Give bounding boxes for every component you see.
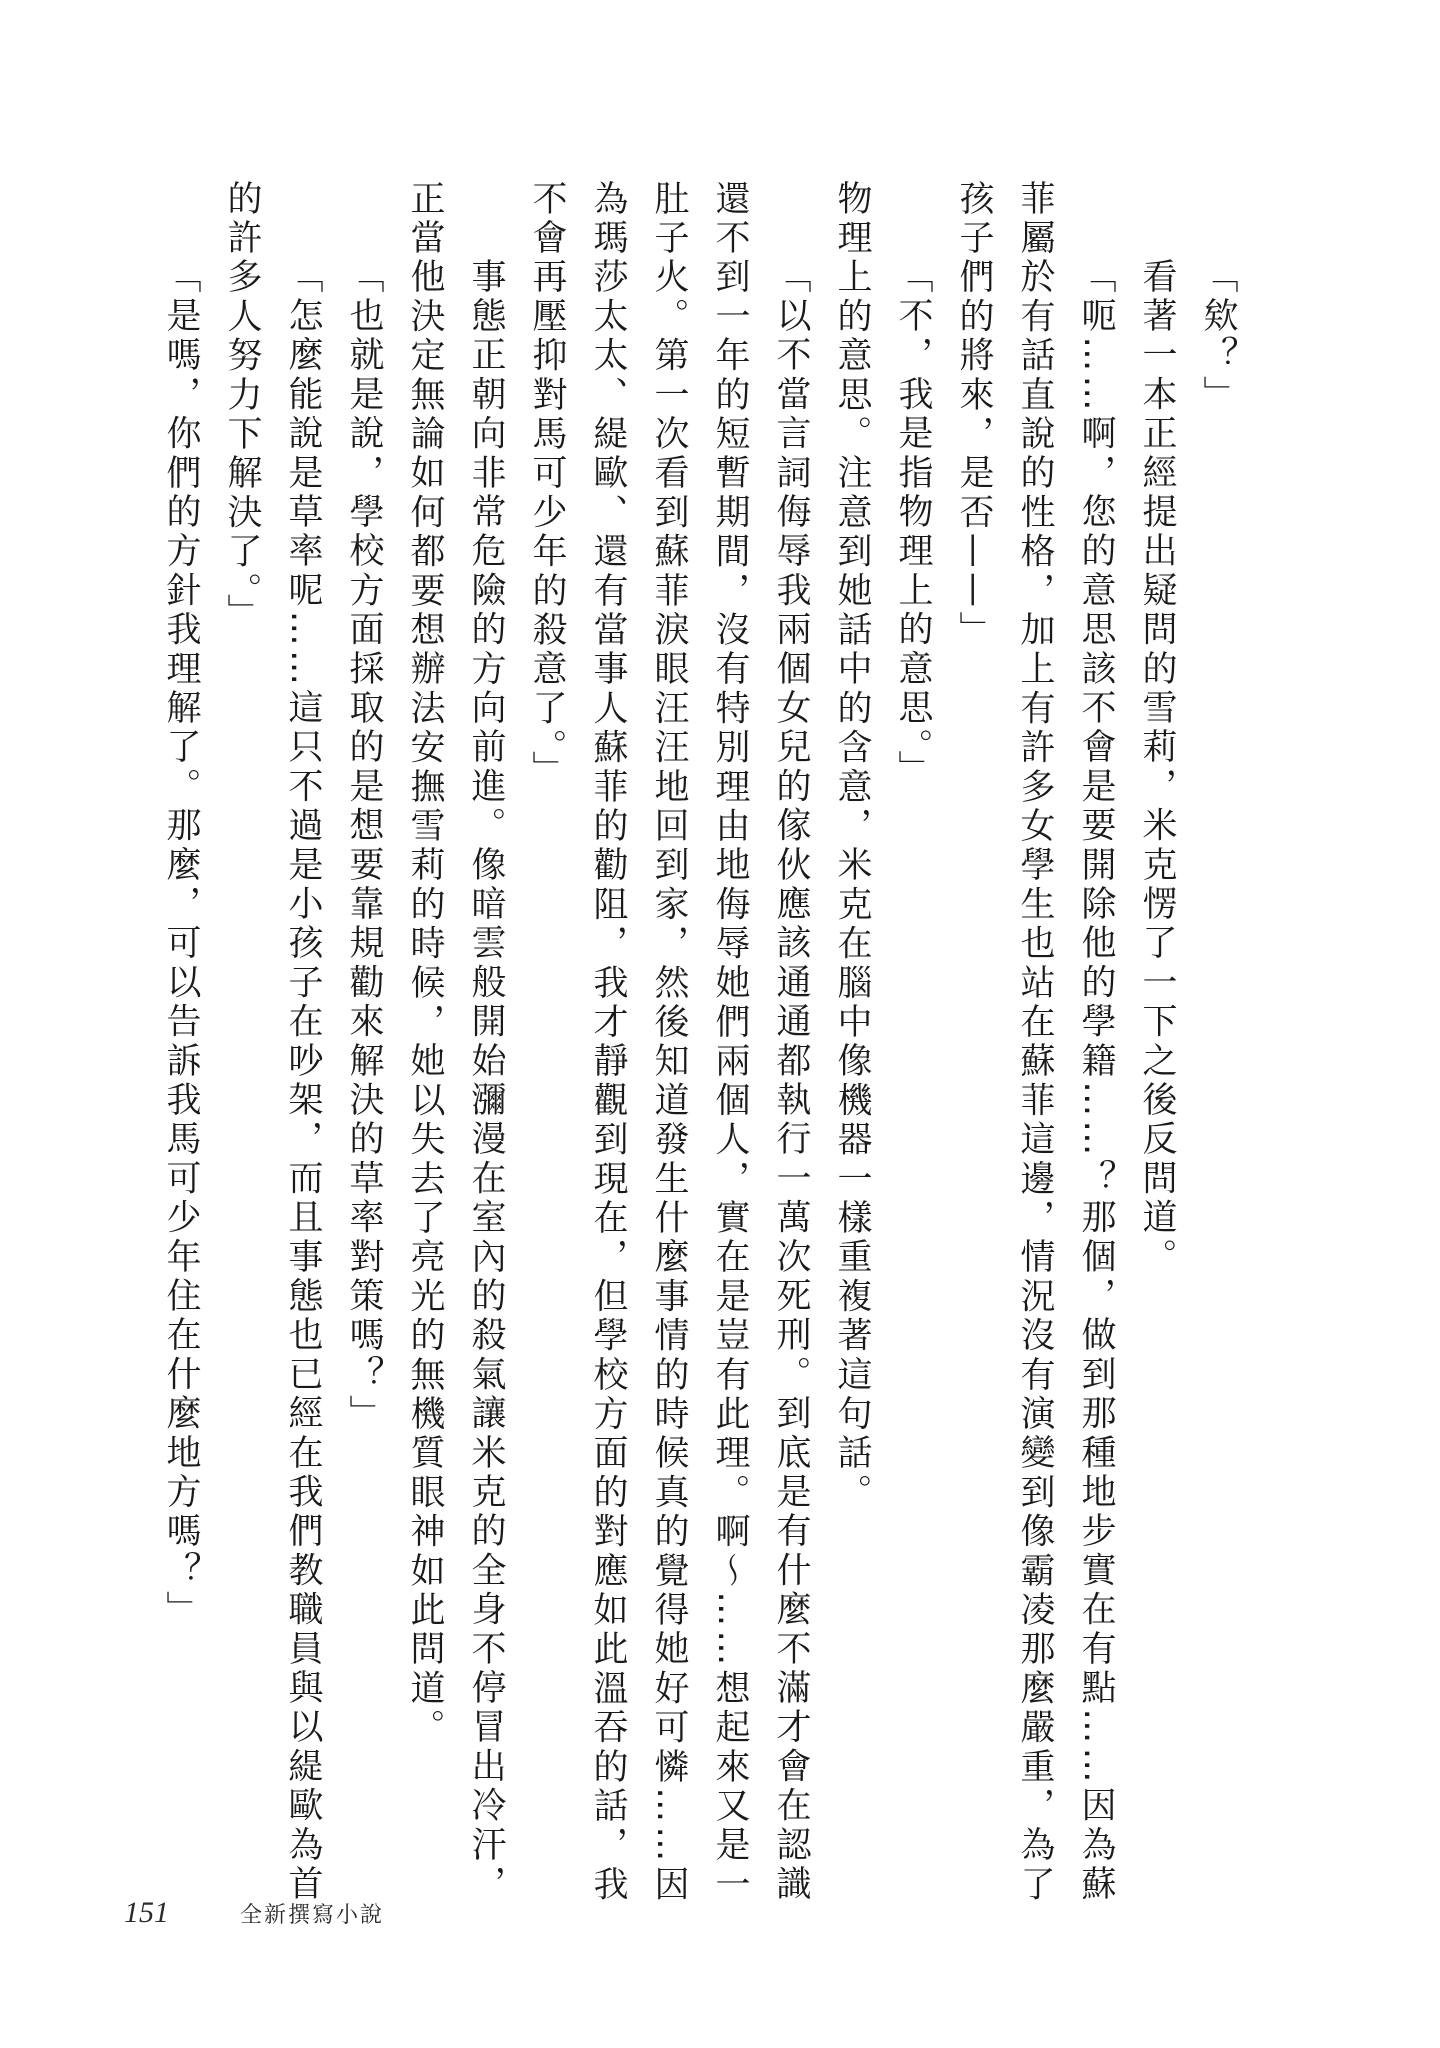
text-column-9: 還不到一年的短暫期間，沒有特別理由地侮辱她們兩個人，實在是豈有此理。啊～……想起… xyxy=(699,180,760,1792)
text-column-15: 「也就是說，學校方面採取的是想要靠規勸來解決的草率對策嗎？」 xyxy=(333,180,394,1792)
text-column-11: 為瑪莎太太、緹歐、還有當事人蘇菲的勸阻，我才靜觀到現在，但學校方面的對應如此溫吞… xyxy=(577,180,638,1792)
text-column-5: 孩子們的將來，是否——」 xyxy=(943,180,1004,1792)
page-footer: 151 全新撰寫小說 xyxy=(124,1896,384,1932)
running-title: 全新撰寫小說 xyxy=(240,1898,384,1929)
text-column-3: 「呃……啊，您的意思該不會是要開除他的學籍……？那個，做到那種地步實在有點……因… xyxy=(1065,180,1126,1792)
book-page: 「欸？」 看著一本正經提出疑問的雪莉，米克愣了一下之後反問道。 「呃……啊，您的… xyxy=(0,0,1440,2048)
vertical-text-body: 「欸？」 看著一本正經提出疑問的雪莉，米克愣了一下之後反問道。 「呃……啊，您的… xyxy=(150,180,1248,1792)
text-column-16: 「怎麼能說是草率呢……這只不過是小孩子在吵架，而且事態也已經在我們教職員與以緹歐… xyxy=(272,180,333,1792)
text-column-13: 事態正朝向非常危險的方向前進。像暗雲般開始瀰漫在室內的殺氣讓米克的全身不停冒出冷… xyxy=(455,180,516,1792)
text-column-12: 不會再壓抑對馬可少年的殺意了。」 xyxy=(516,180,577,1792)
page-number: 151 xyxy=(124,1896,240,1930)
text-column-6: 「不，我是指物理上的意思。」 xyxy=(882,180,943,1792)
text-column-14: 正當他決定無論如何都要想辦法安撫雪莉的時候，她以失去了亮光的無機質眼神如此問道。 xyxy=(394,180,455,1792)
text-column-2: 看著一本正經提出疑問的雪莉，米克愣了一下之後反問道。 xyxy=(1126,180,1187,1792)
text-column-10: 肚子火。第一次看到蘇菲淚眼汪汪地回到家，然後知道發生什麼事情的時候真的覺得她好可… xyxy=(638,180,699,1792)
text-column-8: 「以不當言詞侮辱我兩個女兒的傢伙應該通通都執行一萬次死刑。到底是有什麼不滿才會在… xyxy=(760,180,821,1792)
text-column-1: 「欸？」 xyxy=(1187,180,1248,1792)
text-column-7: 物理上的意思。注意到她話中的含意，米克在腦中像機器一樣重複著這句話。 xyxy=(821,180,882,1792)
text-column-18: 「是嗎，你們的方針我理解了。那麼，可以告訴我馬可少年住在什麼地方嗎？」 xyxy=(150,180,211,1792)
text-column-4: 菲屬於有話直說的性格，加上有許多女學生也站在蘇菲這邊，情況沒有演變到像霸凌那麼嚴… xyxy=(1004,180,1065,1792)
text-column-17: 的許多人努力下解決了。」 xyxy=(211,180,272,1792)
